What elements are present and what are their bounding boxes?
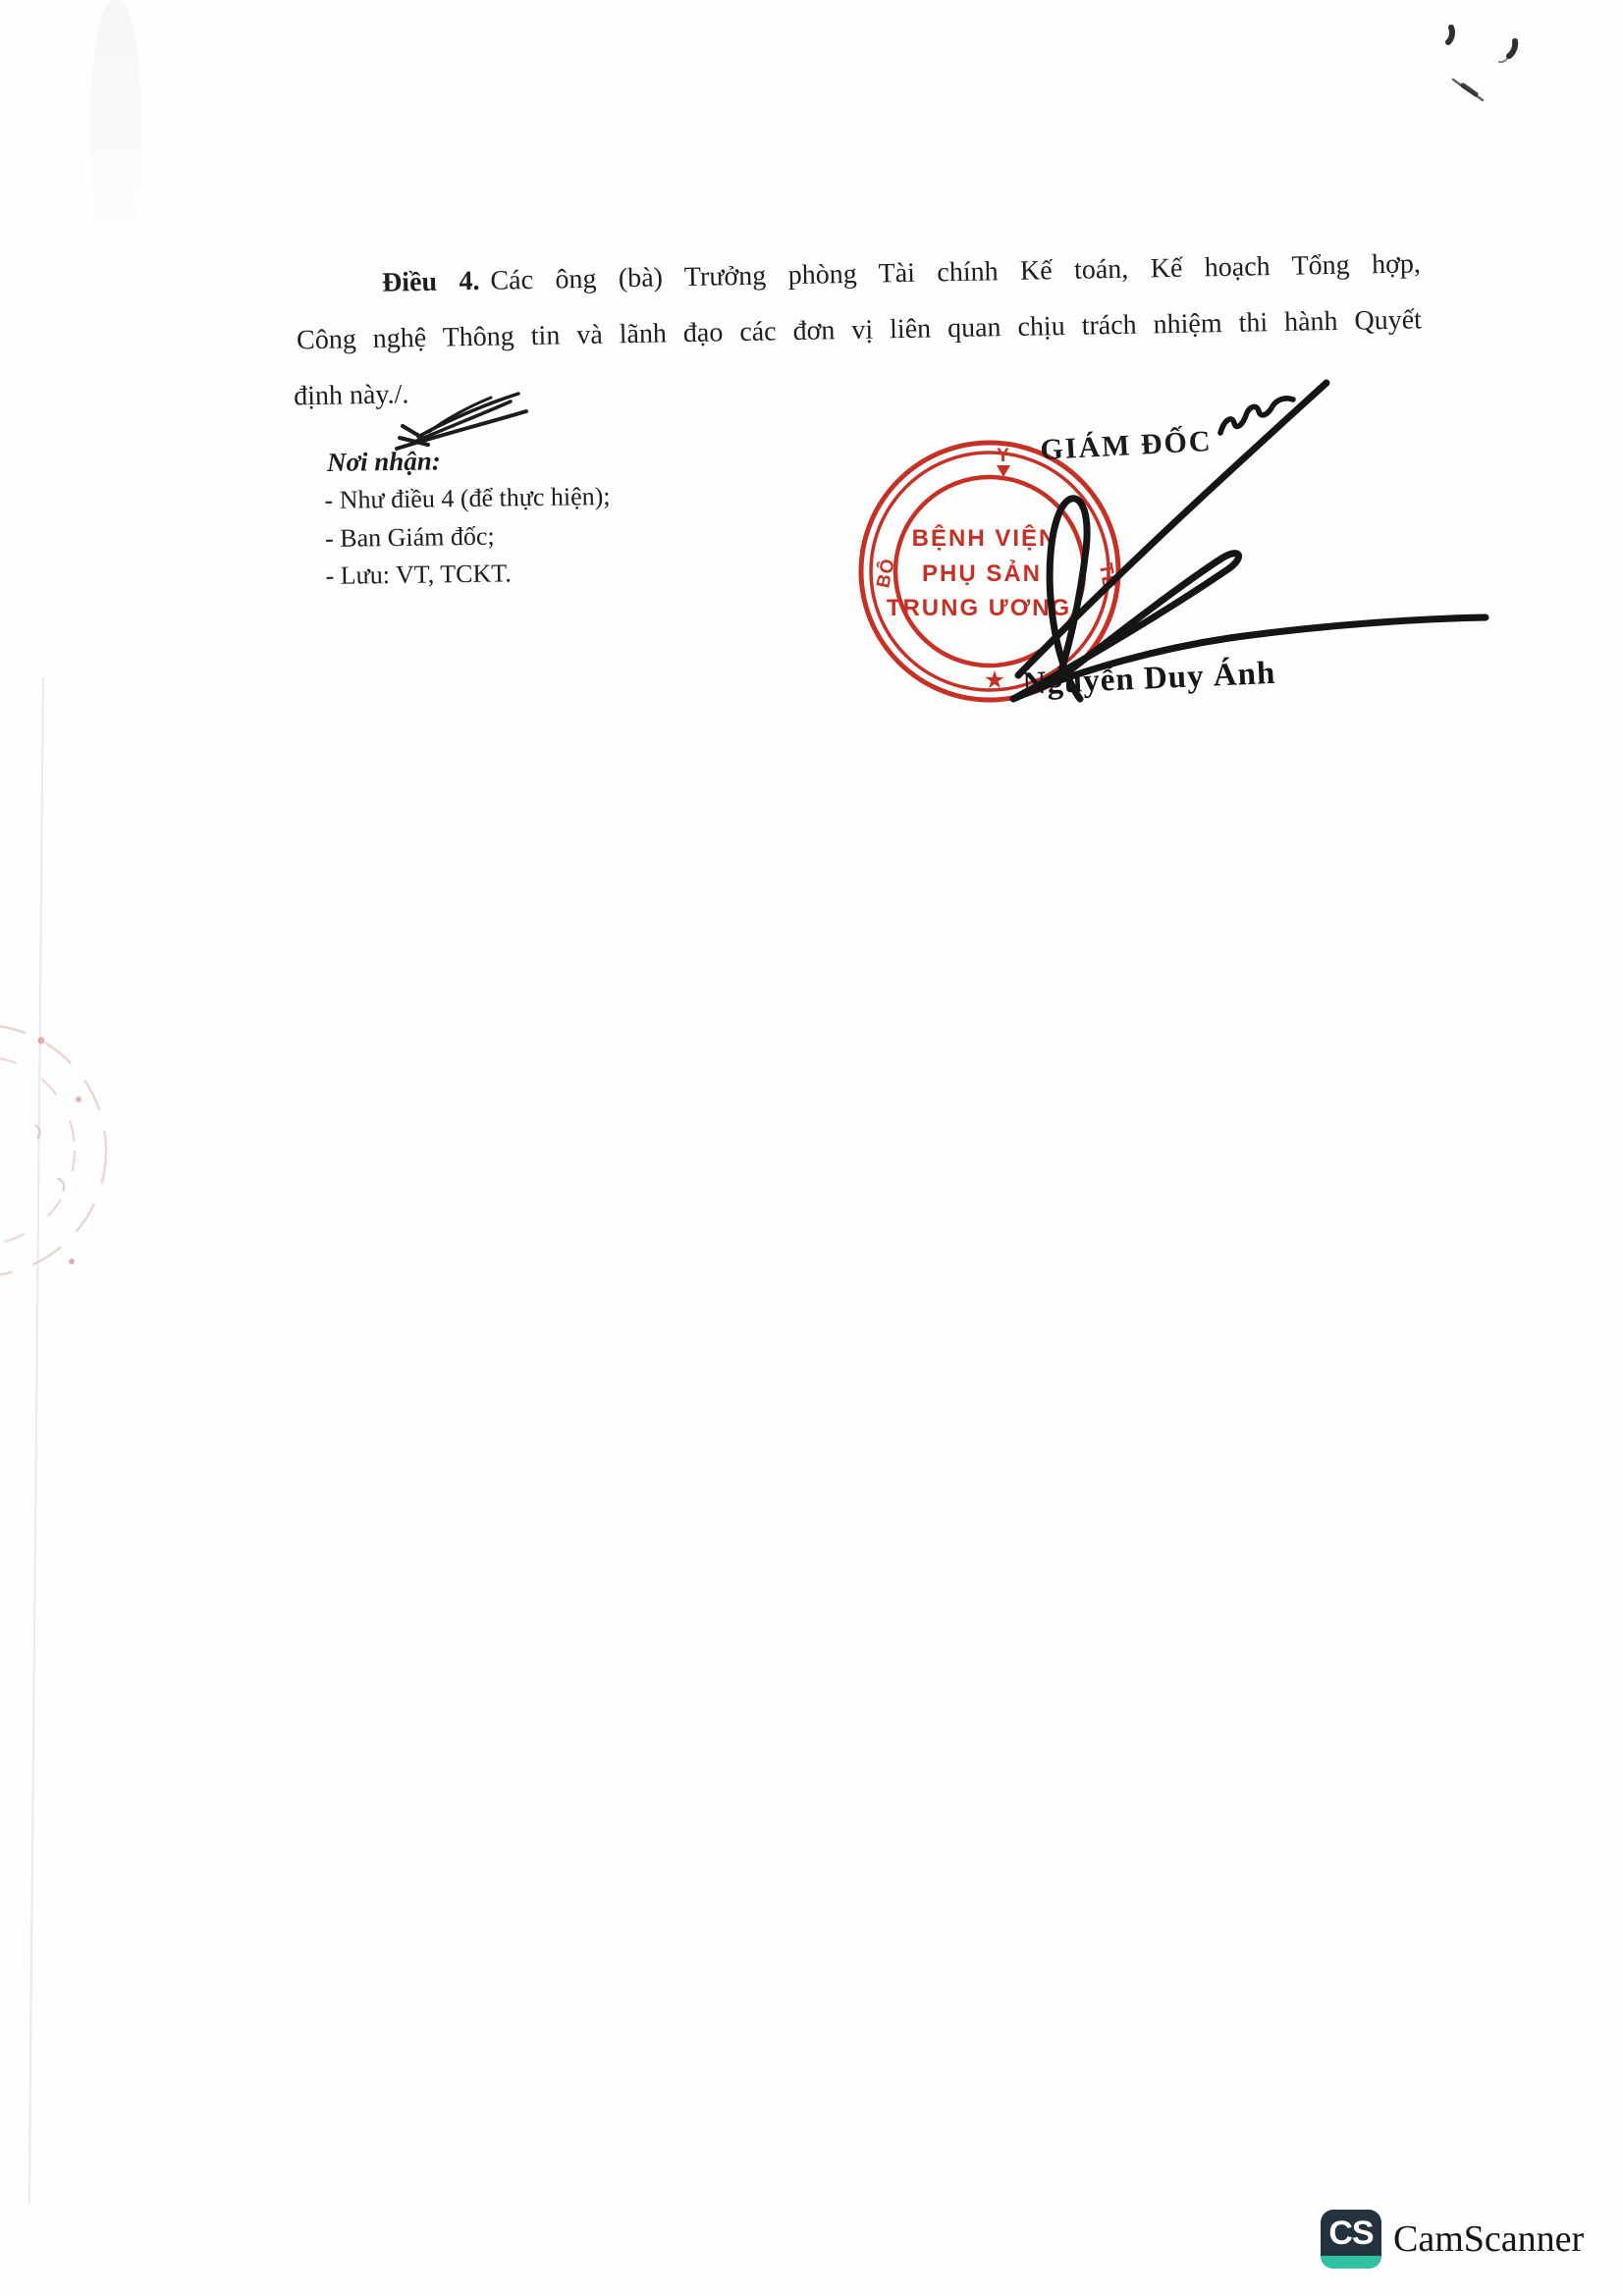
stamp-org-line-3: TRUNG ƯƠNG [887,595,1071,621]
recipient-item: - Như điều 4 (để thực hiện); [324,482,610,515]
stamp-middle-ring [871,453,1109,690]
stamp-org-line-2: PHỤ SẢN [922,559,1042,587]
camscanner-brand-text: CamScanner [1393,2217,1584,2261]
recipients-heading: Nơi nhận: [327,446,441,478]
paragraph-line-3: định này./. [294,372,687,415]
camscanner-watermark: CS CamScanner [1321,2210,1584,2269]
camscanner-logo-initials: CS [1321,2212,1381,2256]
recipients-block: Nơi nhận: - Như điều 4 (để thực hiện); -… [0,0,784,299]
camscanner-logo: CS [1321,2210,1381,2269]
paragraph-line-2: Công nghệ Thông tin và lãnh đạo các đơn … [297,302,1422,358]
stamp-outer-ring [861,443,1118,700]
stamp-star-icon: ★ [984,666,1005,694]
recipient-item: - Lưu: VT, TCKT. [325,559,512,591]
signer-name: Nguyễn Duy Ánh [1022,655,1276,702]
paper-crease [29,677,43,2204]
stamp-inner-ring [895,477,1084,666]
camscanner-logo-strip [1321,2256,1381,2269]
official-stamp: BỘ Y TẾ BỆNH VIỆN PHỤ SẢN TRUNG ƯƠNG ★ [861,443,1120,700]
faint-stamp-ghost [0,1025,106,1276]
recipient-item: - Ban Giám đốc; [325,522,495,554]
stamp-ring-text-left: BỘ [872,557,899,590]
scanned-document-page: Điều 4.Các ông (bà) Trưởng phòng Tài chí… [0,0,1623,2296]
stamp-org-line-1: BỆNH VIỆN [912,524,1058,552]
stamp-ring-text-right: TẾ [1095,561,1120,591]
